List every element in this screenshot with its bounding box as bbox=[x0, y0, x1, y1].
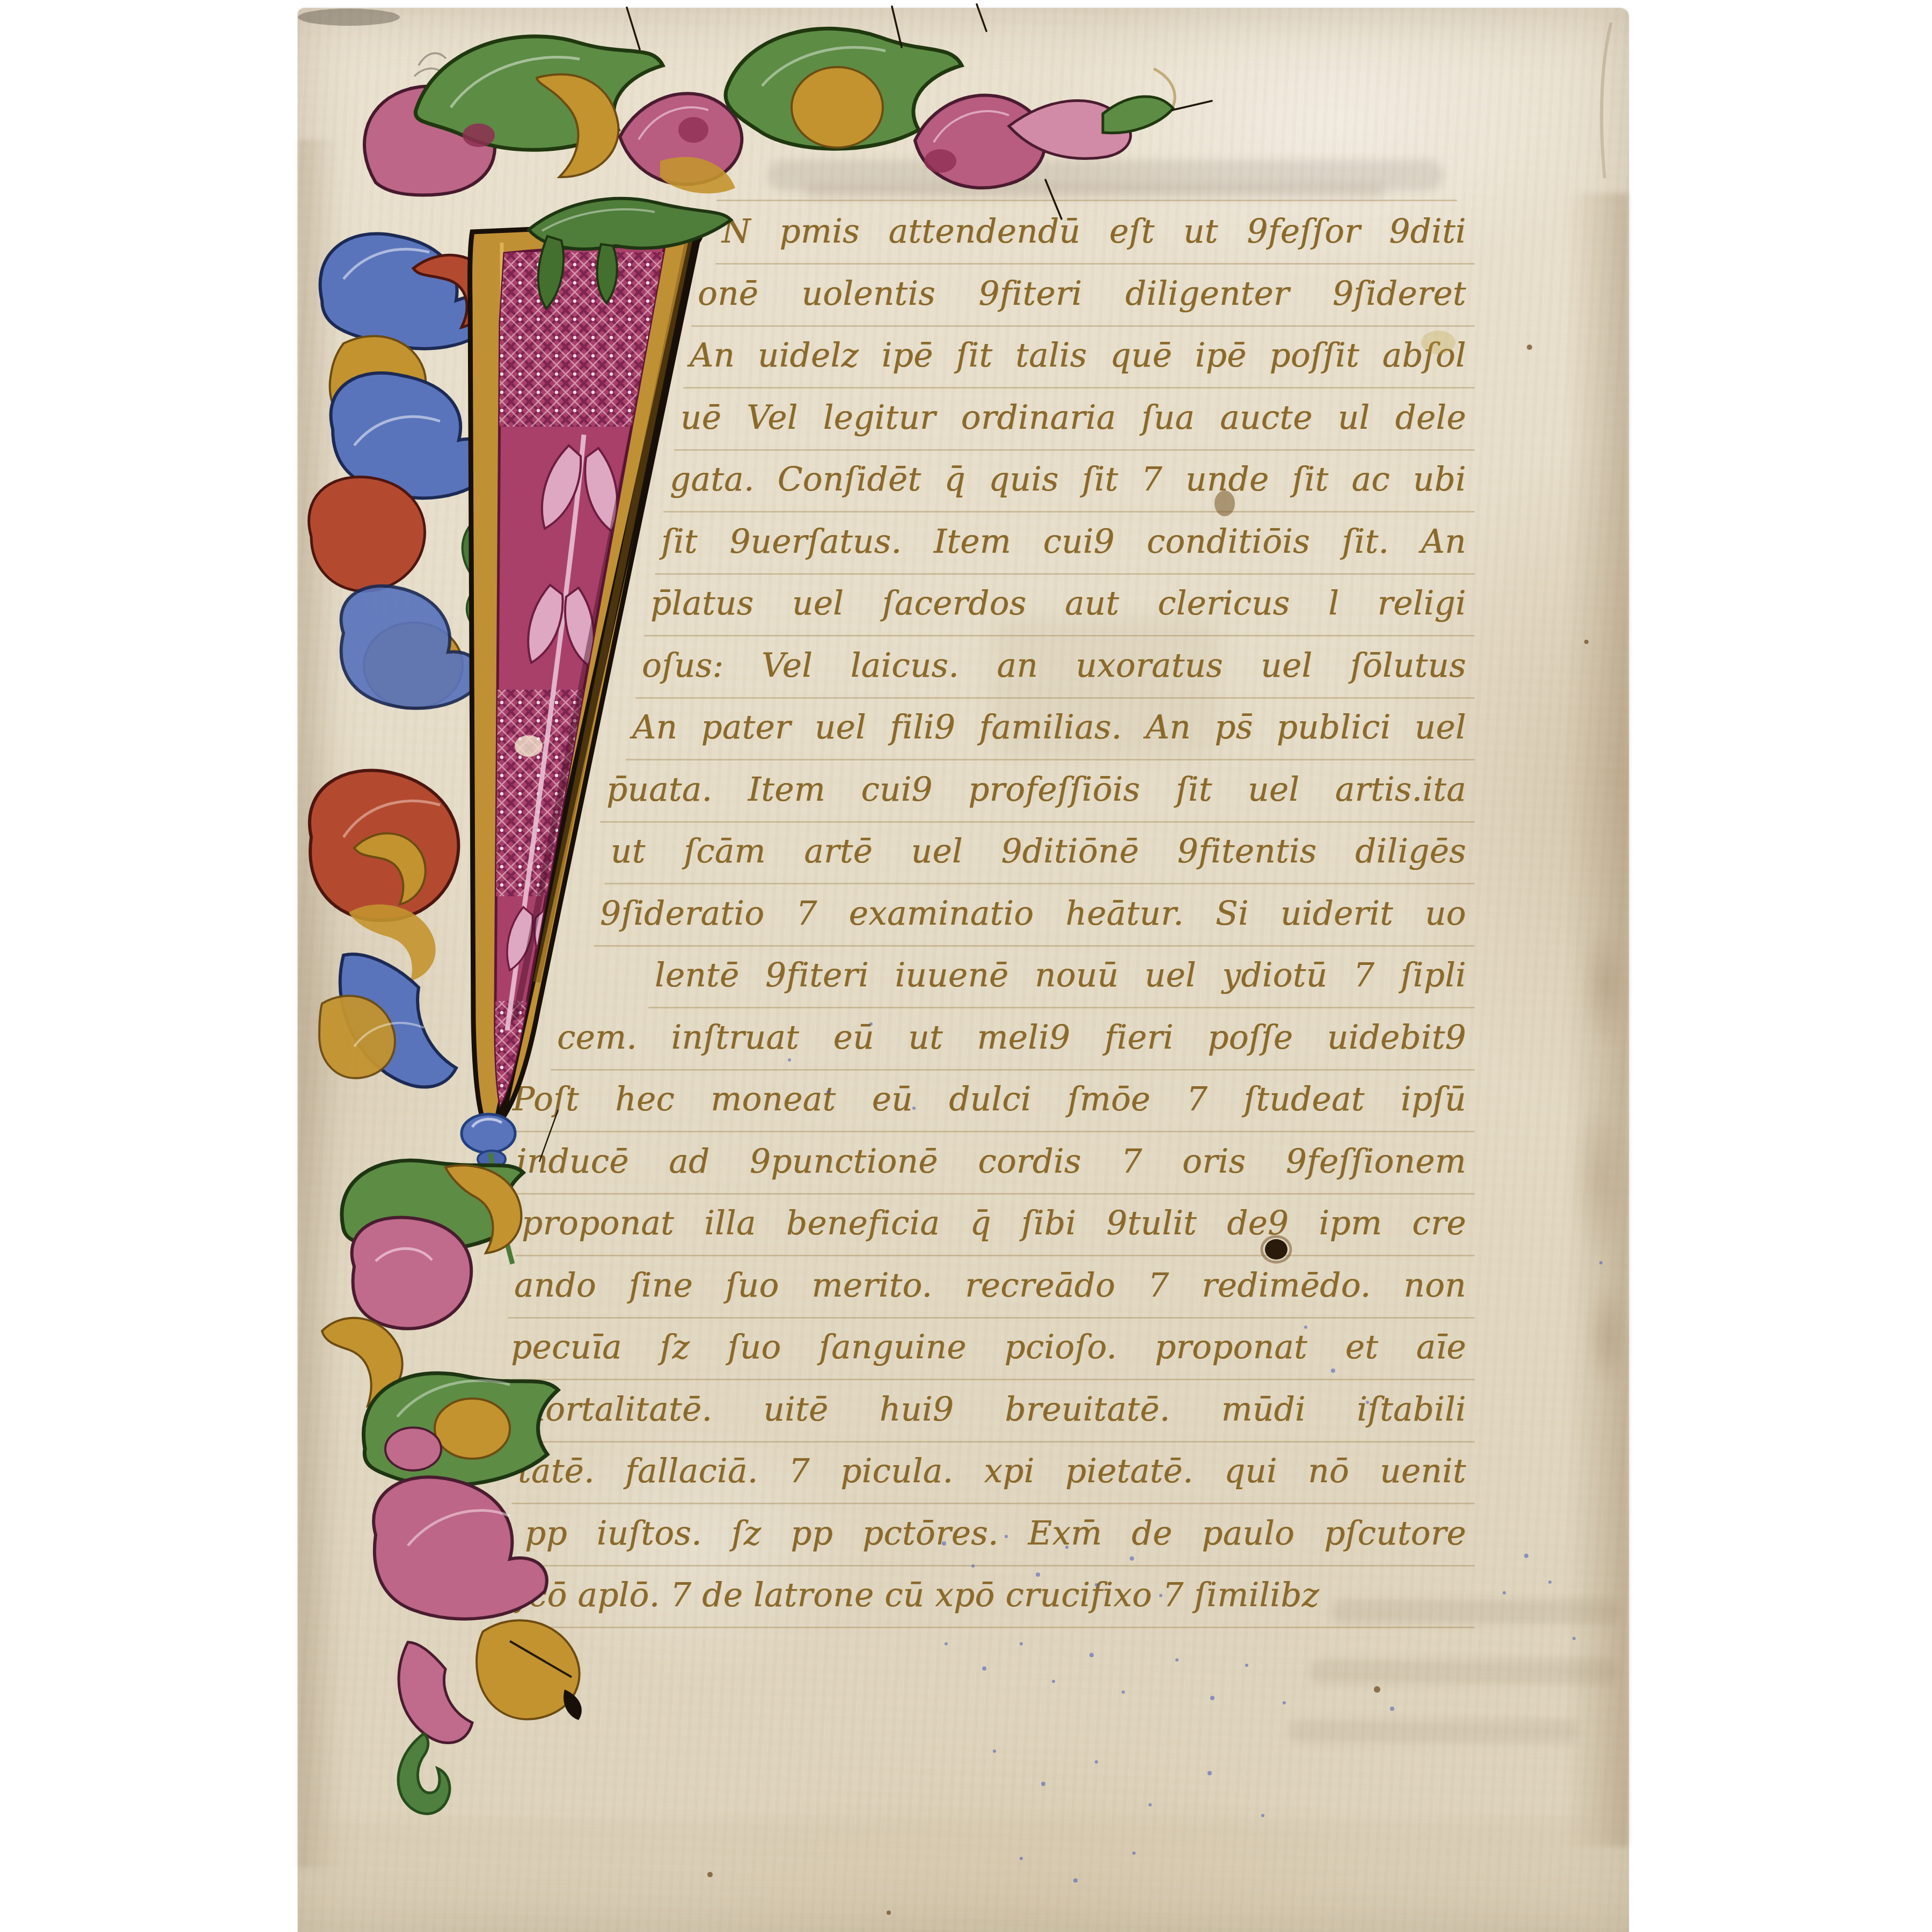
ruling-line bbox=[644, 635, 1475, 636]
manuscript-line-9: An pater uel fili9 familias. An ps̄ publ… bbox=[632, 709, 1466, 746]
ruling-line bbox=[648, 1007, 1475, 1008]
blue-ink-speck bbox=[1261, 1814, 1264, 1817]
blue-ink-speck bbox=[1572, 1637, 1576, 1640]
ruling-line bbox=[508, 1317, 1475, 1319]
manuscript-line-17: proponat illa beneficia q̄ ſibi 9tulit d… bbox=[522, 1205, 1466, 1242]
blue-ink-speck bbox=[1052, 1680, 1055, 1683]
ruling-line bbox=[594, 945, 1475, 947]
blue-ink-speck bbox=[1073, 1878, 1078, 1883]
blue-ink-speck bbox=[1122, 1690, 1125, 1694]
ruling-line bbox=[600, 821, 1475, 823]
manuscript-line-13: lentē 9fiteri iuuenē nouū uel ydiotū 7 ſ… bbox=[655, 957, 1466, 994]
manuscript-line-20: imortalitatē. uitē hui9 breuitatē. mūdi … bbox=[503, 1392, 1466, 1428]
manuscript-line-5: gata. Conſidēt q̄ quis ſit 7 unde ſit ac… bbox=[670, 462, 1466, 498]
brown-fleck bbox=[1527, 345, 1532, 350]
ruling-line bbox=[510, 1193, 1475, 1195]
ruling-line bbox=[511, 1503, 1475, 1504]
blue-ink-speck bbox=[1548, 1580, 1552, 1584]
brown-fleck bbox=[379, 669, 384, 674]
ruling-line bbox=[655, 573, 1475, 575]
manuscript-line-4: uē Vel legitur ordinaria ſua aucte ul de… bbox=[680, 400, 1466, 436]
blue-ink-speck bbox=[1095, 1583, 1098, 1586]
manuscript-line-8: oſus: Vel laicus. an uxoratus uel ſōlutu… bbox=[642, 648, 1466, 684]
brown-fleck bbox=[1374, 1686, 1380, 1693]
manuscript-line-12: 9ſideratio 7 examinatio heātur. Si uider… bbox=[600, 896, 1466, 932]
manuscript-line-2: onē uolentis 9fiteri diligenter 9ſideret bbox=[698, 276, 1466, 312]
manuscript-line-18: ando ſine ſuo merito. recreādo 7 redimēd… bbox=[514, 1268, 1466, 1304]
ruling-line bbox=[510, 1627, 1475, 1628]
blue-ink-speck bbox=[869, 1022, 873, 1026]
manuscript-line-19: pecuīa ſz ſuo ſanguine pcioſo. proponat … bbox=[511, 1329, 1466, 1366]
blue-ink-speck bbox=[1175, 1658, 1179, 1662]
manuscript-line-23: fcō aplō. 7 de latrone cū xpō crucifixo … bbox=[516, 1577, 1466, 1614]
blue-ink-speck bbox=[1041, 1782, 1045, 1786]
blue-ink-speck bbox=[1148, 1803, 1152, 1806]
manuscript-line-16: inducē ad 9punctionē cordis 7 oris 9feſſ… bbox=[516, 1144, 1466, 1180]
ruling-line bbox=[551, 1069, 1475, 1071]
brown-fleck bbox=[707, 1872, 713, 1877]
blue-ink-speck bbox=[1207, 1771, 1212, 1775]
edge-stain bbox=[311, 1819, 1610, 1927]
manuscript-line-22: pp iuſtos. ſz pp pctōres. Exm̄ de paulo … bbox=[525, 1516, 1466, 1552]
blue-ink-speck bbox=[993, 1750, 996, 1753]
blue-ink-speck bbox=[1095, 1760, 1098, 1763]
manuscript-line-21: tatē. fallaciā. 7 picula. xpi pietatē. q… bbox=[518, 1453, 1466, 1490]
blue-ink-speck bbox=[1020, 1642, 1023, 1645]
edge-stain bbox=[298, 140, 340, 1868]
manuscript-line-14: cem. inſtruat eū ut meli9 fieri poſſe ui… bbox=[557, 1020, 1466, 1056]
ruling-line bbox=[604, 883, 1475, 884]
blue-ink-speck bbox=[1283, 1701, 1286, 1704]
blue-ink-speck bbox=[1503, 1591, 1506, 1594]
brown-fleck bbox=[887, 1911, 891, 1915]
blue-ink-speck bbox=[945, 1642, 948, 1645]
ruling-line bbox=[674, 449, 1475, 451]
blue-ink-speck bbox=[1390, 1707, 1394, 1711]
blue-ink-speck bbox=[1159, 1594, 1162, 1597]
ruling-line bbox=[715, 263, 1475, 265]
blue-ink-speck bbox=[1089, 1653, 1094, 1657]
ruling-line bbox=[506, 1131, 1475, 1132]
manuscript-line-15: Poſt hec moneat eū dulci ſmōe 7 ſtudeat … bbox=[513, 1081, 1466, 1118]
manuscript-photo: { "document": { "kind": "Illuminated man… bbox=[0, 0, 1932, 1932]
ruling-line bbox=[716, 200, 1457, 201]
blue-ink-speck bbox=[1524, 1554, 1528, 1558]
blue-ink-speck bbox=[1132, 1851, 1136, 1855]
ruling-line bbox=[691, 325, 1475, 327]
edge-stain bbox=[1572, 912, 1626, 1395]
manuscript-line-10: p̄uata. Item cui9 profeſſiōis ſit uel ar… bbox=[606, 772, 1466, 808]
ruling-line bbox=[683, 387, 1475, 389]
manuscript-line-1: N pmis attendendū eſt ut 9feſſor 9diti bbox=[722, 214, 1466, 250]
ruling-line bbox=[497, 1441, 1475, 1443]
manuscript-line-3: An uidelz ipē ſit talis quē ipē poſſit a… bbox=[690, 338, 1466, 374]
brown-fleck bbox=[1584, 640, 1589, 644]
blue-ink-speck bbox=[1130, 1556, 1134, 1561]
blue-ink-speck bbox=[942, 1541, 946, 1546]
ruling-line bbox=[515, 1255, 1475, 1256]
blue-ink-speck bbox=[1065, 1546, 1069, 1549]
blue-ink-speck bbox=[1036, 1572, 1040, 1577]
blue-ink-speck bbox=[1599, 1261, 1602, 1264]
ruling-line bbox=[635, 697, 1475, 699]
blue-ink-speck bbox=[1366, 1401, 1369, 1404]
verso-showthrough bbox=[805, 185, 1385, 199]
blue-ink-speck bbox=[1005, 1535, 1008, 1538]
manuscript-line-11: ut ſcām artē uel 9ditiōnē 9fitentis dili… bbox=[611, 833, 1466, 870]
blue-ink-speck bbox=[971, 1564, 975, 1568]
blue-ink-speck bbox=[1304, 1326, 1307, 1329]
blue-ink-speck bbox=[982, 1666, 986, 1671]
blue-ink-speck bbox=[1020, 1857, 1023, 1860]
ruling-line bbox=[663, 511, 1475, 513]
verso-showthrough bbox=[1288, 1719, 1578, 1743]
ruling-line bbox=[504, 1379, 1475, 1380]
blue-ink-speck bbox=[1331, 1368, 1335, 1373]
ruling-line bbox=[518, 1565, 1475, 1567]
manuscript-line-7: p̄latus uel ſacerdos aut clericus l reli… bbox=[650, 586, 1466, 622]
blue-ink-speck bbox=[912, 1107, 916, 1110]
blue-ink-speck bbox=[1210, 1696, 1214, 1700]
blue-ink-speck bbox=[1245, 1664, 1248, 1667]
ruling-line bbox=[626, 759, 1475, 760]
manuscript-line-6: ſit 9uerſatus. Item cui9 conditiōis ſit.… bbox=[661, 524, 1466, 560]
blue-ink-speck bbox=[826, 1091, 830, 1094]
blue-ink-speck bbox=[788, 1058, 791, 1062]
